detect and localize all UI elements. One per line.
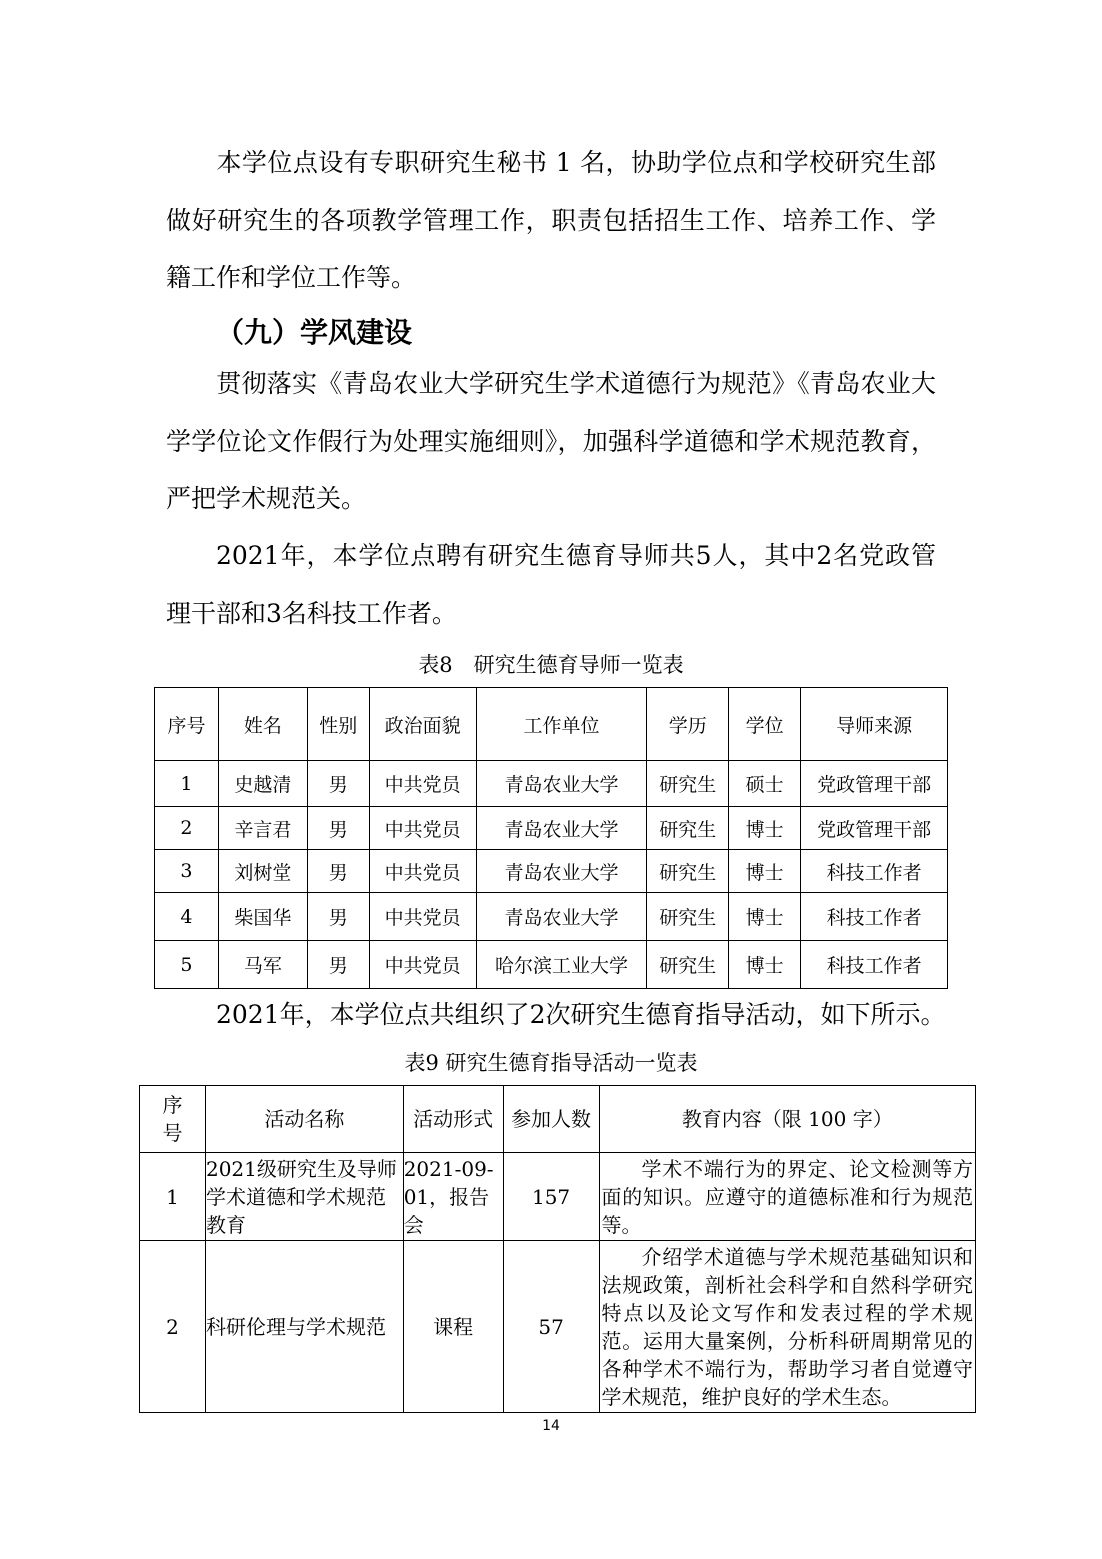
- paragraph-tutors: 2021年，本学位点聘有研究生德育导师共5人，其中2名党政管理干部和3名科技工作…: [166, 527, 936, 642]
- cell: 研究生: [647, 893, 729, 941]
- cell: 青岛农业大学: [476, 807, 647, 850]
- table-row: 3 刘树堂 男 中共党员 青岛农业大学 研究生 博士 科技工作者: [155, 850, 948, 893]
- cell: 研究生: [647, 761, 729, 807]
- paragraph-study-style: 贯彻落实《青岛农业大学研究生学术道德行为规范》《青岛农业大学学位论文作假行为处理…: [166, 355, 936, 528]
- cell: 哈尔滨工业大学: [476, 941, 647, 989]
- cell: 研究生: [647, 850, 729, 893]
- cell: 博士: [729, 941, 801, 989]
- header-cell: 学历: [647, 688, 729, 761]
- header-cell: 政治面貌: [369, 688, 476, 761]
- cell: 马军: [218, 941, 307, 989]
- paragraph-text: 2021年，本学位点聘有研究生德育导师共5人，其中2名党政管理干部和3名科技工作…: [166, 541, 936, 628]
- header-cell: 活动名称: [205, 1086, 403, 1153]
- paragraph-text: 本学位点设有专职研究生秘书 1 名，协助学位点和学校研究生部做好研究生的各项教学…: [166, 148, 936, 292]
- moral-activities-table: 序号 活动名称 活动形式 参加人数 教育内容（限 100 字） 1 2021级研…: [139, 1085, 976, 1413]
- table-row: 1 2021级研究生及导师学术道德和学术规范教育 2021-09-01，报告会 …: [140, 1153, 976, 1241]
- table-row: 2 科研伦理与学术规范 课程 57 介绍学术道德与学术规范基础知识和法规政策，剖…: [140, 1241, 976, 1413]
- header-cell: 活动形式: [403, 1086, 503, 1153]
- paragraph-activities: 2021年，本学位点共组织了2次研究生德育指导活动，如下所示。: [216, 986, 946, 1044]
- cell: 5: [155, 941, 219, 989]
- cell: 研究生: [647, 807, 729, 850]
- cell: 157: [503, 1153, 599, 1241]
- cell: 中共党员: [369, 807, 476, 850]
- cell: 硕士: [729, 761, 801, 807]
- header-cell: 工作单位: [476, 688, 647, 761]
- cell: 2021级研究生及导师学术道德和学术规范教育: [205, 1153, 403, 1241]
- cell: 辛言君: [218, 807, 307, 850]
- cell: 青岛农业大学: [476, 761, 647, 807]
- cell: 青岛农业大学: [476, 850, 647, 893]
- cell: 中共党员: [369, 941, 476, 989]
- cell: 男: [307, 850, 369, 893]
- section-heading: （九）学风建设: [216, 308, 412, 358]
- cell: 课程: [403, 1241, 503, 1413]
- cell: 1: [155, 761, 219, 807]
- cell: 科技工作者: [801, 941, 948, 989]
- cell: 2: [155, 807, 219, 850]
- cell: 科技工作者: [801, 893, 948, 941]
- paragraph-secretary: 本学位点设有专职研究生秘书 1 名，协助学位点和学校研究生部做好研究生的各项教学…: [166, 134, 936, 307]
- moral-tutors-table: 序号 姓名 性别 政治面貌 工作单位 学历 学位 导师来源 1 史越清 男 中共…: [154, 687, 948, 989]
- cell: 研究生: [647, 941, 729, 989]
- header-cell: 参加人数: [503, 1086, 599, 1153]
- header-cell: 序号: [140, 1086, 206, 1153]
- cell: 中共党员: [369, 893, 476, 941]
- cell: 男: [307, 807, 369, 850]
- cell: 2: [140, 1241, 206, 1413]
- cell: 科研伦理与学术规范: [205, 1241, 403, 1413]
- cell: 青岛农业大学: [476, 893, 647, 941]
- table-row: 4 柴国华 男 中共党员 青岛农业大学 研究生 博士 科技工作者: [155, 893, 948, 941]
- cell: 男: [307, 761, 369, 807]
- header-cell: 序号: [155, 688, 219, 761]
- cell: 中共党员: [369, 761, 476, 807]
- table-row: 5 马军 男 中共党员 哈尔滨工业大学 研究生 博士 科技工作者: [155, 941, 948, 989]
- cell: 57: [503, 1241, 599, 1413]
- table-row: 1 史越清 男 中共党员 青岛农业大学 研究生 硕士 党政管理干部: [155, 761, 948, 807]
- paragraph-text: 贯彻落实《青岛农业大学研究生学术道德行为规范》《青岛农业大学学位论文作假行为处理…: [166, 369, 936, 513]
- table9-caption: 表9 研究生德育指导活动一览表: [0, 1048, 1102, 1078]
- table-row: 2 辛言君 男 中共党员 青岛农业大学 研究生 博士 党政管理干部: [155, 807, 948, 850]
- cell: 2021-09-01，报告会: [403, 1153, 503, 1241]
- cell: 4: [155, 893, 219, 941]
- cell: 博士: [729, 850, 801, 893]
- cell: 柴国华: [218, 893, 307, 941]
- page-number: 14: [0, 1418, 1102, 1434]
- table-header-row: 序号 活动名称 活动形式 参加人数 教育内容（限 100 字）: [140, 1086, 976, 1153]
- cell: 介绍学术道德与学术规范基础知识和法规政策，剖析社会科学和自然科学研究特点以及论文…: [599, 1241, 975, 1413]
- header-cell: 学位: [729, 688, 801, 761]
- cell: 博士: [729, 893, 801, 941]
- cell: 男: [307, 893, 369, 941]
- table-header-row: 序号 姓名 性别 政治面貌 工作单位 学历 学位 导师来源: [155, 688, 948, 761]
- header-cell: 导师来源: [801, 688, 948, 761]
- cell: 刘树堂: [218, 850, 307, 893]
- header-cell: 教育内容（限 100 字）: [599, 1086, 975, 1153]
- cell: 学术不端行为的界定、论文检测等方面的知识。应遵守的道德标准和行为规范等。: [599, 1153, 975, 1241]
- cell: 党政管理干部: [801, 807, 948, 850]
- header-cell: 姓名: [218, 688, 307, 761]
- cell: 党政管理干部: [801, 761, 948, 807]
- cell: 男: [307, 941, 369, 989]
- cell: 1: [140, 1153, 206, 1241]
- cell: 中共党员: [369, 850, 476, 893]
- header-cell: 性别: [307, 688, 369, 761]
- cell: 科技工作者: [801, 850, 948, 893]
- cell: 博士: [729, 807, 801, 850]
- cell: 3: [155, 850, 219, 893]
- table8-caption: 表8 研究生德育导师一览表: [0, 650, 1102, 680]
- cell: 史越清: [218, 761, 307, 807]
